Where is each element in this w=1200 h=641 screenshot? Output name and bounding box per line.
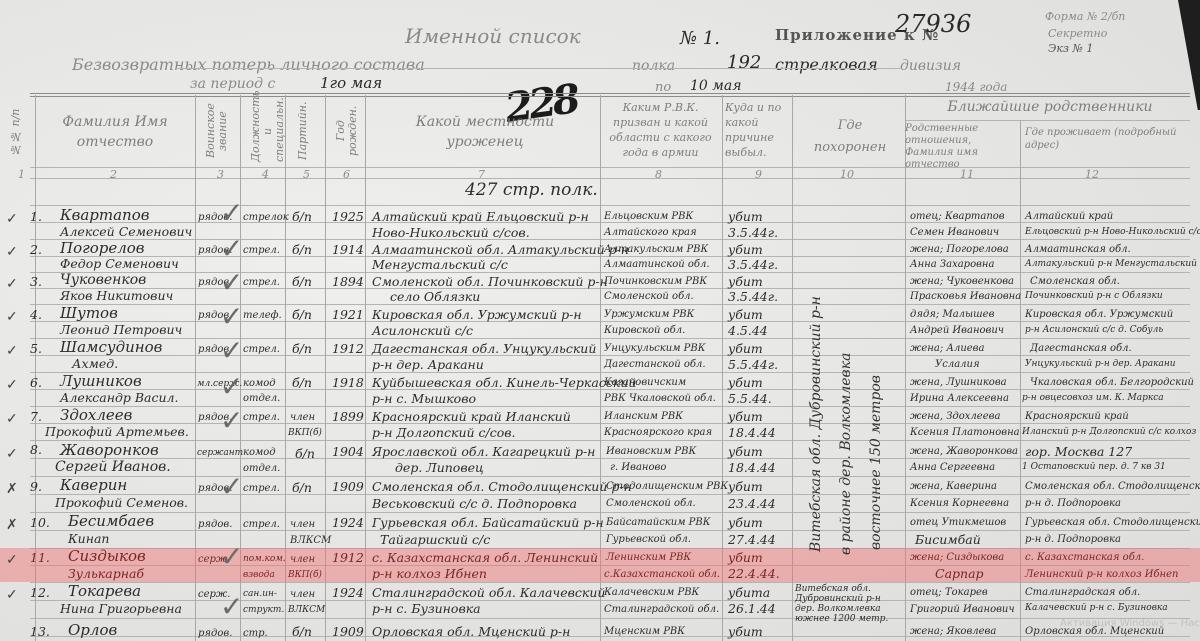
birth-year: 1924 — [332, 515, 364, 531]
rule — [30, 205, 1190, 206]
given-name: Яков Никитович — [60, 288, 173, 304]
rule — [30, 618, 1190, 619]
table-row[interactable]: ✓ 3. Чуковенков Яков Никитович рядов. ст… — [0, 272, 1200, 304]
position: стр. — [243, 628, 268, 639]
header-col-8: Каким Р.В.К. призван и какой области с к… — [603, 100, 718, 160]
position: сан.ин- — [243, 589, 277, 599]
relative: отец; Квартапов — [910, 211, 1005, 222]
party: б/п — [295, 446, 315, 462]
classification: Секретно — [1048, 27, 1107, 40]
casualty-date: 26.1.44 — [728, 601, 776, 617]
address-detail: Унцукульский р-н дер. Аракани — [1025, 359, 1176, 369]
check-tick-icon: ✓ — [6, 552, 18, 568]
relative: жена; Яковлева — [910, 626, 996, 637]
party-detail: ВКП(б) — [288, 570, 322, 580]
division-type: стрелковая — [775, 55, 878, 74]
col-index: 11 — [960, 168, 974, 181]
header-col-6: Год рожден. — [335, 100, 359, 162]
row-number: 8. — [30, 442, 42, 458]
draft-office: Алтакульским РВК — [604, 244, 708, 255]
party: б/п — [292, 624, 312, 640]
check-tick-icon: ✓ — [6, 377, 18, 393]
casualty-status: убит — [728, 444, 763, 460]
row-number: 9. — [30, 479, 42, 495]
birth-year: 1899 — [332, 409, 364, 425]
given-name: Кинап — [68, 531, 109, 547]
birth-year: 1924 — [332, 585, 364, 601]
address: Гурьевская обл. Стодолищенский — [1025, 517, 1200, 528]
copy-number: Экз № 1 — [1048, 42, 1093, 55]
origin: Орловская обл. Мценский р-н — [372, 624, 570, 640]
relative-name: Ксения Корнеевна — [910, 498, 1009, 509]
origin: Красноярский край Иланский — [372, 409, 571, 425]
origin-detail: Менгустальский с/с — [372, 257, 508, 273]
surname: Чуковенков — [60, 272, 146, 288]
birth-year: 1904 — [332, 444, 364, 460]
surname: Сиздыков — [68, 548, 146, 564]
position-detail: отдел. — [243, 463, 280, 474]
rule — [905, 120, 1190, 121]
position: стрел. — [243, 483, 280, 494]
draft-region: Кировской обл. — [604, 325, 685, 336]
header-col-4: Должность и специальн. — [250, 100, 286, 162]
origin-detail: Ново-Никольский с/сов. — [372, 225, 530, 241]
relatives-group-header: Ближайшие родственники — [910, 100, 1190, 114]
rule — [30, 440, 1190, 441]
draft-region: Смоленской обл. — [604, 291, 694, 302]
col-index: 3 — [217, 168, 224, 181]
relative-name: Андрей Иванович — [910, 325, 1004, 336]
position: стрел. — [243, 344, 280, 355]
row-number: 12. — [30, 585, 50, 601]
position-detail: взвода — [243, 570, 275, 580]
casualty-status: убит — [728, 375, 763, 391]
table-row[interactable]: ✓ 1. Квартапов Алексей Семенович рядов. … — [0, 207, 1200, 240]
birth-year: 1921 — [332, 307, 364, 323]
party: б/п — [292, 375, 312, 391]
address-detail: Ленинский р-н колхоз Ибнеп — [1025, 569, 1178, 580]
check-tick-icon: ✓ — [6, 244, 18, 260]
draft-region: с.Казахстанской обл. — [604, 569, 720, 580]
relative: жена; Погорелова — [910, 244, 1009, 255]
surname: Лушников — [60, 373, 142, 389]
origin-detail: Асилонский с/с — [372, 323, 473, 339]
pencil-check-icon: ✓ — [220, 196, 243, 229]
list-title: Именной список — [405, 24, 581, 48]
list-number: № 1. — [680, 28, 720, 49]
table-row[interactable]: 13. Орлов рядов. стр. б/п 1909 Орловская… — [0, 622, 1200, 641]
row-number: 6. — [30, 375, 42, 391]
party: б/п — [292, 274, 312, 290]
surname: Погорелов — [60, 240, 145, 256]
table-row[interactable]: ✓ 5. Шамсудинов Ахмед. рядов. стрел. б/п… — [0, 339, 1200, 372]
address-detail: р-н д. Подпоровка — [1025, 534, 1121, 545]
cross-mark-icon: ✗ — [6, 481, 18, 497]
birth-year: 1909 — [332, 624, 364, 640]
relative: отец; Токарев — [910, 587, 988, 598]
relative: жена, Лушникова — [910, 377, 1007, 388]
row-number: 1. — [30, 209, 42, 225]
surname: Токарева — [68, 583, 141, 599]
rule — [30, 178, 1190, 179]
col-index: 12 — [1085, 168, 1099, 181]
relative: жена, Каверина — [910, 481, 997, 492]
rank: сержант — [197, 448, 243, 458]
check-tick-icon: ✓ — [6, 587, 18, 603]
position: стрел. — [243, 277, 280, 288]
surname: Каверин — [60, 477, 127, 493]
draft-region: Красноярского края — [604, 427, 712, 438]
unit-heading: 427 стр. полк. — [465, 182, 598, 198]
draft-region: Дагестанской обл. — [604, 359, 706, 370]
relative-name: Ксения Платоновна — [910, 427, 1020, 438]
row-number: 4. — [30, 307, 42, 323]
os-activation-watermark: Активация Windows — Настройки — [1060, 618, 1200, 629]
cross-mark-icon: ✗ — [6, 517, 18, 533]
col-index: 1 — [18, 168, 25, 181]
origin: Дагестанская обл. Унцукульский — [372, 341, 596, 357]
address: Смоленская обл. — [1030, 276, 1120, 287]
row-number: 11. — [30, 550, 50, 566]
rule — [30, 167, 1190, 168]
header-col-12: Где проживает (подробный адрес) — [1025, 126, 1185, 152]
header-col-7: Какой местности уроженец — [400, 112, 570, 152]
draft-region: РВК Чкаловской обл. — [604, 393, 716, 404]
address: Алтайский край — [1025, 211, 1113, 222]
casualty-date: 4.5.44 — [728, 323, 768, 339]
table-row[interactable]: ✓ 12. Токарева Нина Григорьевна серж. са… — [0, 583, 1200, 618]
casualty-status: убит — [728, 479, 763, 495]
origin-detail: Веськовский с/с д. Подпоровка — [372, 496, 577, 512]
relative: жена, Жаворонкова — [910, 446, 1018, 457]
casualty-status: убит — [728, 242, 763, 258]
casualty-date: 5.5.44. — [728, 391, 772, 407]
origin: Алмаатинской обл. Алтакульский р-н — [372, 242, 629, 258]
casualty-date: 18.4.44 — [728, 460, 776, 476]
draft-office: Иланским РВК — [604, 411, 683, 422]
origin: Сталинградской обл. Калачевский — [372, 585, 605, 601]
address: с. Казахстанская обл. — [1025, 552, 1144, 563]
draft-office: Ельцовским РВК — [604, 211, 693, 222]
origin-detail: р-н с. Мышково — [372, 391, 476, 407]
period-to: 10 мая — [690, 78, 742, 94]
surname: Здохлеев — [60, 407, 132, 423]
birth-year: 1909 — [332, 479, 364, 495]
relative: жена; Сиздыкова — [910, 552, 1004, 563]
casualty-status: убит — [728, 341, 763, 357]
party: б/п — [292, 480, 312, 496]
origin: Гурьевская обл. Байсатайский р-н — [372, 515, 604, 531]
header-col-3: Воинское звание — [205, 100, 229, 162]
position: стрел. — [243, 519, 280, 530]
address: Алмаатинская обл. — [1025, 244, 1131, 255]
position: телеф. — [243, 310, 282, 321]
given-name: Прокофий Артемьев. — [45, 424, 189, 440]
position: стрелок — [243, 212, 289, 223]
position: комод — [243, 378, 276, 389]
col-index: 8 — [655, 168, 662, 181]
check-tick-icon: ✓ — [6, 276, 18, 292]
birth-year: 1912 — [332, 341, 364, 357]
pencil-check-icon: ✓ — [220, 590, 243, 623]
row-number: 2. — [30, 242, 42, 258]
col-index: 9 — [755, 168, 762, 181]
casualty-date: 3.5.44г. — [728, 289, 778, 305]
table-row[interactable]: ✓ 2. Погорелов Федор Семенович рядов. ст… — [0, 240, 1200, 272]
party: член — [290, 554, 315, 565]
party: б/п — [292, 341, 312, 357]
casualty-status: убит — [728, 209, 763, 225]
table-row[interactable]: ✓ 6. Лушников Александр Васил. мл.серж. … — [0, 373, 1200, 406]
given-name: Прокофий Семенов. — [55, 495, 188, 511]
origin-detail: р-н колхоз Ибнеп — [372, 566, 487, 582]
subtitle-regiment-label: полка — [632, 58, 675, 74]
row-number: 7. — [30, 409, 42, 425]
given-name: Александр Васил. — [60, 390, 179, 406]
origin: Смоленской обл. Починковский р-н — [372, 274, 608, 290]
casualty-date: 22.4.44. — [728, 566, 780, 582]
row-number: 13. — [30, 624, 50, 640]
address: Сталинградская обл. — [1025, 587, 1140, 598]
given-name: Алексей Семенович — [60, 224, 192, 240]
address-detail: Ельцовский р-н Ново-Никольский с/сов. — [1025, 227, 1200, 237]
party: б/п — [292, 307, 312, 323]
birth-year: 1912 — [332, 550, 364, 566]
table-row[interactable]: ✓ 8. Жаворонков Сергей Иванов. сержант к… — [0, 442, 1200, 476]
subtitle-losses: Безвозвратных потерь личного состава — [72, 55, 425, 74]
origin: Куйбышевская обл. Кинель-Черкасский — [372, 375, 636, 391]
pencil-check-icon: ✓ — [220, 470, 243, 503]
given-name: Федор Семенович — [60, 256, 179, 272]
address-detail: Алтакульский р-н Менгустальский с/с — [1025, 259, 1200, 269]
relative: отец Утикмешов — [910, 517, 1006, 528]
document-scan: Именной список № 1. Приложение к № 27936… — [0, 0, 1200, 641]
birth-year: 1925 — [332, 209, 364, 225]
table-row[interactable]: ✗ 10. Бесимбаев Кинап рядов. стрел. член… — [0, 513, 1200, 548]
rank: рядов. — [198, 628, 232, 639]
col-index: 6 — [343, 168, 350, 181]
rule — [175, 68, 900, 69]
period-from: 1го мая — [320, 74, 382, 92]
relative: жена, Здохлеева — [910, 411, 1000, 422]
header-col-10: Где похоронен — [800, 115, 900, 159]
address: Смоленская обл. Стодолищенский — [1025, 481, 1200, 492]
attachment-number: 27936 — [895, 10, 971, 38]
burial-place: Витебская обл. Дубровинский р-н дер. Вол… — [795, 584, 903, 624]
given-name: Сергей Иванов. — [55, 459, 171, 475]
party-detail: ВКП(б) — [288, 428, 322, 438]
pencil-check-icon: ✓ — [220, 232, 243, 265]
origin-detail: р-н с. Бузиновка — [372, 601, 481, 617]
draft-office: Стодолищенским РВК — [606, 481, 728, 492]
col-index: 4 — [262, 168, 269, 181]
relative: жена; Чуковенкова — [910, 276, 1014, 287]
relative-name: Григорий Иванович — [910, 604, 1015, 615]
address-detail: 1 Остаповский пер. д. 7 кв 31 — [1022, 462, 1166, 472]
table-row[interactable]: ✗ 9. Каверин Прокофий Семенов. рядов. ст… — [0, 477, 1200, 512]
draft-region: Алмаатинской обл. — [604, 259, 710, 270]
row-number: 10. — [30, 515, 50, 531]
draft-office: Мценским РВК — [604, 626, 685, 637]
address-detail: Калачевский р-н с. Бузиновка — [1025, 603, 1168, 613]
origin-detail: дер. Липовец — [395, 460, 484, 476]
casualty-status: убит — [728, 307, 763, 323]
casualty-date: 27.4.44 — [728, 532, 776, 548]
pencil-check-icon: ✓ — [220, 370, 243, 403]
origin: с. Казахстанская обл. Ленинский — [372, 550, 598, 566]
casualty-date: 3.5.44г. — [728, 225, 778, 241]
given-name: Леонид Петрович — [60, 322, 182, 338]
col-index: 10 — [840, 168, 854, 181]
relative-name: Семен Иванович — [910, 227, 999, 238]
pencil-check-icon: ✓ — [220, 300, 243, 333]
position-detail: отдел. — [243, 393, 280, 404]
casualty-status: убита — [728, 585, 770, 601]
address-detail: р-н д. Подпоровка — [1025, 498, 1121, 509]
position: стрел. — [243, 412, 280, 423]
position-detail: структ. — [243, 605, 284, 615]
rule — [30, 93, 1190, 94]
address-detail: Иланский р-н Долгопский с/с колхоз — [1022, 427, 1196, 437]
header-col-1: №№ п/п — [10, 105, 22, 160]
origin: Кировская обл. Уржумский р-н — [372, 307, 582, 323]
form-number: Форма № 2/бп — [1045, 10, 1125, 23]
address-detail: р-н Асилонский с/с д. Собуль — [1025, 325, 1163, 335]
party: член — [290, 519, 315, 530]
party: член — [290, 589, 315, 600]
draft-region: Сталинградской обл. — [604, 604, 719, 615]
row-number: 3. — [30, 274, 42, 290]
check-tick-icon: ✓ — [6, 343, 18, 359]
header-col-5: Партийн. — [297, 100, 309, 162]
check-tick-icon: ✓ — [6, 411, 18, 427]
draft-office: Починковским РВК — [604, 276, 707, 287]
year: 1944 года — [945, 80, 1007, 94]
header-col-11: Родственные отношения, Фамилия имя отчес… — [905, 123, 1015, 171]
table-row-selected[interactable]: ✓ 11. Сиздыков Зулькарнаб серж. пом.ком.… — [0, 548, 1200, 582]
draft-office: Унцукульским РВК — [604, 343, 705, 354]
birth-year: 1918 — [332, 375, 364, 391]
check-tick-icon: ✓ — [6, 309, 18, 325]
period-from-label: за период с — [190, 76, 275, 92]
casualty-date: 5.5.44г. — [728, 357, 778, 373]
casualty-date: 23.4.44 — [728, 496, 776, 512]
surname: Бесимбаев — [68, 513, 154, 529]
relative-name: Анна Захаровна — [910, 259, 994, 270]
given-name: Нина Григорьевна — [60, 601, 182, 617]
casualty-status: убит — [728, 274, 763, 290]
division-number: 192 — [727, 52, 761, 73]
address: Дагестанская обл. — [1030, 343, 1132, 354]
address: Чкаловская обл. Белгородский — [1030, 377, 1194, 388]
draft-region: Гурьевской обл. — [606, 534, 691, 545]
relative-name: Ирина Алексеевна — [910, 393, 1009, 404]
relative: дядя; Малышев — [910, 309, 994, 320]
pencil-check-icon: ✓ — [220, 540, 243, 573]
given-name: Ахмед. — [72, 356, 118, 372]
casualty-status: убит — [728, 515, 763, 531]
col-index: 2 — [110, 168, 117, 181]
position: комод — [243, 447, 276, 458]
check-tick-icon: ✓ — [6, 211, 18, 227]
draft-region: г. Иваново — [610, 462, 666, 473]
party: б/п — [292, 209, 312, 225]
party: б/п — [292, 242, 312, 258]
given-name: Зулькарнаб — [68, 566, 144, 582]
draft-region: Смоленской обл. — [606, 498, 696, 509]
table-row[interactable]: ✓ 7. Здохлеев Прокофий Артемьев. рядов. … — [0, 407, 1200, 440]
division-label: дивизия — [900, 58, 961, 74]
birth-year: 1894 — [332, 274, 364, 290]
relative: жена; Алиева — [910, 343, 984, 354]
draft-office: Байсатайским РВК — [606, 517, 711, 528]
birth-year: 1914 — [332, 242, 364, 258]
address: гор. Москва 127 — [1025, 444, 1132, 460]
check-tick-icon: ✓ — [6, 446, 18, 462]
party: член — [290, 412, 315, 423]
pencil-check-icon: ✓ — [220, 334, 243, 367]
position: стрел. — [243, 245, 280, 256]
party-detail: ВЛКСМ — [290, 535, 331, 546]
casualty-status: убит — [728, 624, 763, 640]
relative-name: Прасковья Ивановна — [910, 291, 1021, 302]
rule — [30, 96, 1190, 97]
pencil-check-icon: ✓ — [220, 404, 243, 437]
casualty-status: убит — [728, 550, 763, 566]
draft-office: Калачевским РВК — [604, 587, 699, 598]
address: Красноярский край — [1025, 411, 1129, 422]
origin: Ярославской обл. Кагарецкий р-н — [372, 444, 595, 460]
relative-name: Анна Сергеевна — [910, 462, 995, 473]
party-detail: ВЛКСМ — [288, 605, 325, 615]
address-detail: р-н овцесовхоз им. К. Маркса — [1022, 393, 1164, 403]
address: Кировская обл. Уржумский — [1025, 309, 1173, 320]
origin-detail: р-н Долгопский с/сов. — [372, 425, 516, 441]
casualty-date: 3.5.44г. — [728, 257, 778, 273]
draft-office: Уржумским РВК — [604, 309, 694, 320]
draft-office: Ленинским РВК — [606, 552, 691, 563]
surname: Орлов — [68, 622, 117, 638]
header-col-9: Куда и по какой причине выбыл. — [725, 100, 790, 160]
relative-name: Сарпар — [935, 566, 984, 582]
casualty-date: 18.4.44 — [728, 425, 776, 441]
origin-detail: Тайгаршский с/с — [380, 532, 490, 548]
origin-detail: село Облязки — [390, 289, 480, 305]
draft-region: Алтайского края — [604, 227, 697, 238]
position: пом.ком. — [243, 554, 286, 564]
surname: Шутов — [60, 305, 118, 321]
surname: Шамсудинов — [60, 339, 162, 355]
table-row[interactable]: ✓ 4. Шутов Леонид Петрович рядов. телеф.… — [0, 305, 1200, 338]
surname: Жаворонков — [60, 442, 159, 458]
origin: Смоленская обл. Стодолищенский р-н — [372, 479, 632, 495]
casualty-status: убит — [728, 409, 763, 425]
rank: рядов. — [198, 519, 232, 530]
origin-detail: р-н дер. Аракани — [372, 357, 484, 373]
address-detail: Починковский р-н с Облязки — [1025, 291, 1163, 301]
relative-name: Услалия — [935, 359, 980, 370]
draft-office: Ивановским РВК — [606, 446, 696, 457]
origin: Алтайский край Ельцовский р-н — [372, 209, 589, 225]
header-col-2: Фамилия Имя отчество — [50, 112, 180, 152]
pencil-check-icon: ✓ — [220, 266, 243, 299]
surname: Квартапов — [60, 207, 149, 223]
col-index: 5 — [303, 168, 310, 181]
relative-name: Бисимбай — [915, 532, 981, 548]
draft-office: Кагановичским — [604, 377, 686, 388]
row-number: 5. — [30, 341, 42, 357]
